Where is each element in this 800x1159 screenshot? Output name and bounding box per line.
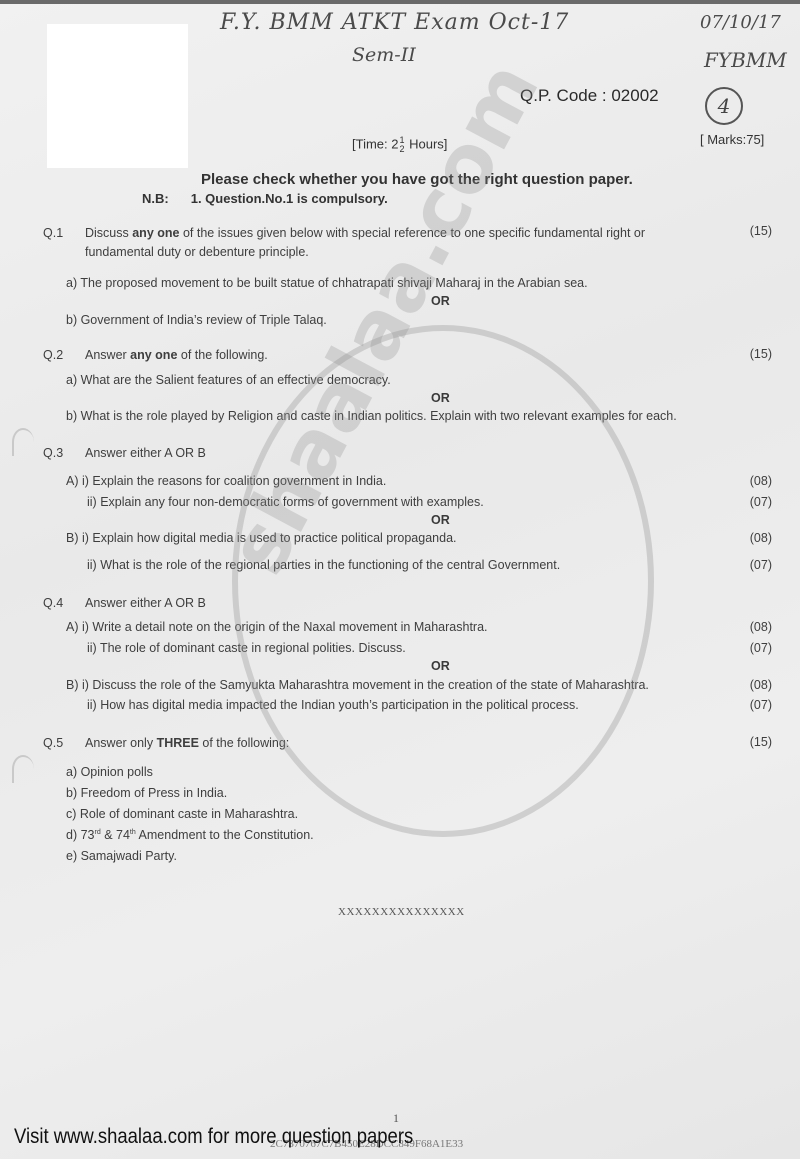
q5-d-pre: d) 73	[66, 828, 95, 842]
q2-text-post: of the following.	[177, 348, 267, 362]
time-fraction: 12	[399, 136, 404, 154]
q3-B-ii-marks: (07)	[750, 558, 772, 572]
q1-number: Q.1	[43, 226, 63, 240]
scan-top-edge	[0, 0, 800, 4]
q3-or: OR	[431, 513, 450, 527]
q5-marks: (15)	[750, 735, 772, 749]
visit-link[interactable]: Visit www.shaalaa.com for more question …	[14, 1125, 413, 1149]
q2-text-pre: Answer	[85, 348, 130, 362]
punch-hole	[12, 428, 34, 456]
q5-text-pre: Answer only	[85, 736, 157, 750]
total-marks: [ Marks:75]	[700, 132, 764, 147]
redacted-area	[47, 24, 188, 168]
q5-option-a: a) Opinion polls	[66, 765, 153, 779]
q4-B-ii-marks: (07)	[750, 698, 772, 712]
q1-text-post: of the issues given below with special r…	[179, 226, 645, 240]
q4-A-i: A) i) Write a detail note on the origin …	[66, 620, 488, 634]
q5-option-e: e) Samajwadi Party.	[66, 849, 177, 863]
frac-den: 2	[399, 144, 404, 154]
handwritten-date: 07/10/17	[700, 12, 781, 33]
q2-text: Answer any one of the following.	[85, 348, 268, 362]
q5-text: Answer only THREE of the following:	[85, 736, 289, 750]
nota-bene: N.B:1. Question.No.1 is compulsory.	[142, 191, 410, 206]
end-marker: XXXXXXXXXXXXXXX	[338, 906, 465, 918]
q1-text-line2: fundamental duty or debenture principle.	[85, 245, 309, 259]
q5-option-d: d) 73rd & 74th Amendment to the Constitu…	[66, 828, 314, 842]
q1-option-a: a) The proposed movement to be built sta…	[66, 276, 588, 290]
q4-text: Answer either A OR B	[85, 596, 206, 610]
q1-option-b: b) Government of India’s review of Tripl…	[66, 313, 327, 327]
q5-number: Q.5	[43, 736, 63, 750]
q3-B-i-marks: (08)	[750, 531, 772, 545]
time-suffix: Hours]	[406, 136, 448, 151]
nb-item: 1. Question.No.1 is compulsory.	[191, 191, 388, 206]
q4-B-i-marks: (08)	[750, 678, 772, 692]
q1-text-bold: any one	[132, 226, 179, 240]
handwritten-title: F.Y. BMM ATKT Exam Oct-17	[220, 10, 569, 35]
circled-number: 4	[705, 87, 743, 125]
q4-number: Q.4	[43, 596, 63, 610]
q3-A-i: A) i) Explain the reasons for coalition …	[66, 474, 386, 488]
q4-A-ii-marks: (07)	[750, 641, 772, 655]
q3-A-ii-marks: (07)	[750, 495, 772, 509]
handwritten-semester: Sem-II	[352, 44, 416, 66]
q2-text-bold: any one	[130, 348, 177, 362]
q5-option-b: b) Freedom of Press in India.	[66, 786, 227, 800]
q4-A-ii: ii) The role of dominant caste in region…	[87, 641, 406, 655]
q1-text-pre: Discuss	[85, 226, 132, 240]
time-prefix: [Time: 2	[352, 136, 398, 151]
q3-text: Answer either A OR B	[85, 446, 206, 460]
q2-number: Q.2	[43, 348, 63, 362]
q3-A-i-marks: (08)	[750, 474, 772, 488]
q3-A-ii: ii) Explain any four non-democratic form…	[87, 495, 484, 509]
q2-or: OR	[431, 391, 450, 405]
q1-marks: (15)	[750, 224, 772, 238]
q5-option-c: c) Role of dominant caste in Maharashtra…	[66, 807, 298, 821]
q1-text: Discuss any one of the issues given belo…	[85, 226, 645, 240]
q4-B-i: B) i) Discuss the role of the Samyukta M…	[66, 678, 649, 692]
q2-option-b: b) What is the role played by Religion a…	[66, 409, 677, 423]
q4-A-i-marks: (08)	[750, 620, 772, 634]
q3-B-i: B) i) Explain how digital media is used …	[66, 531, 457, 545]
page-number: 1	[393, 1111, 399, 1126]
q3-B-ii: ii) What is the role of the regional par…	[87, 558, 560, 572]
q5-text-bold: THREE	[157, 736, 199, 750]
handwritten-course: FYBMM	[704, 48, 787, 72]
check-notice: Please check whether you have got the ri…	[201, 171, 633, 188]
q3-number: Q.3	[43, 446, 63, 460]
qp-code: Q.P. Code : 02002	[520, 86, 659, 106]
q1-or: OR	[431, 294, 450, 308]
q4-B-ii: ii) How has digital media impacted the I…	[87, 698, 579, 712]
punch-hole	[12, 755, 34, 783]
exam-duration: [Time: 212 Hours]	[352, 136, 447, 154]
nb-label: N.B:	[142, 191, 169, 206]
q2-marks: (15)	[750, 347, 772, 361]
q2-option-a: a) What are the Salient features of an e…	[66, 373, 391, 387]
q5-text-post: of the following:	[199, 736, 289, 750]
q4-or: OR	[431, 659, 450, 673]
q5-d-post: Amendment to the Constitution.	[136, 828, 314, 842]
q5-d-mid: & 74	[101, 828, 130, 842]
